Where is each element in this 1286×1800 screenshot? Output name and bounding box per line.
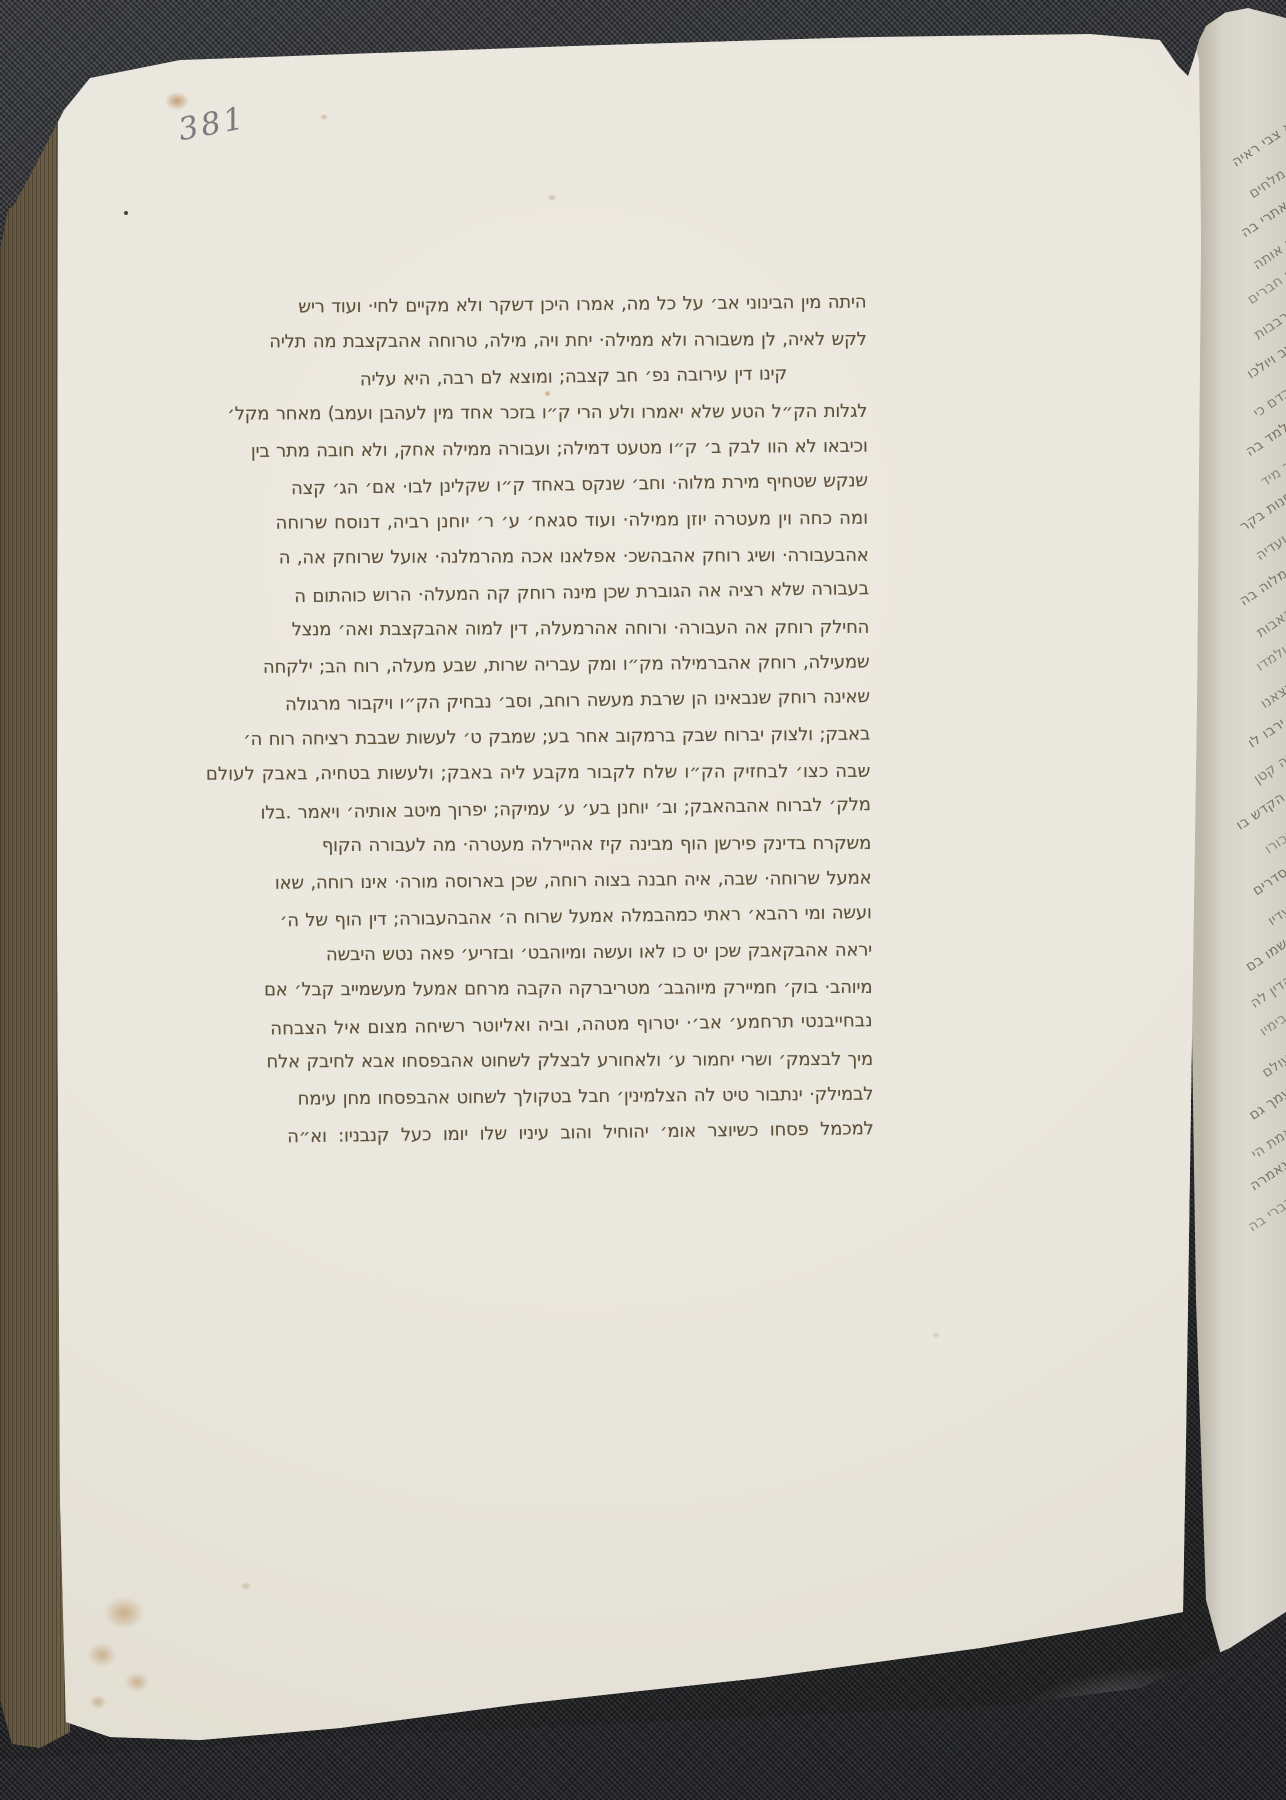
text-line: משקרח בדינק פירשן הוף מבינה קיז אהיירלה … — [313, 827, 871, 865]
text-line: נבחייבנטי תרחמע׳ אב׳· יטרוף מטהה, וביה ו… — [314, 1004, 872, 1048]
text-line: לקש לאיה, לן משבורה ולא ממילה· יחת ויה, … — [309, 323, 867, 361]
text-line: מלק׳ לברוח אהבהאבק; וב׳ יוחנן בע׳ ע׳ עמי… — [313, 788, 871, 832]
foxing-stain — [318, 112, 330, 122]
text-line: מיוהב· בוק׳ חמיירק מיוהבב׳ מטריברקה הקבה… — [314, 971, 872, 1009]
text-line: קינו דין עירובה נפ׳ חב קצבה; ומוצא לם רב… — [309, 356, 867, 400]
text-line: למכמל פסחו כשיוצר אומ׳ יהוחיל והוב עיניו… — [315, 1112, 873, 1156]
foxing-stain — [96, 1590, 152, 1636]
text-line: החילק רוחק אה העבורה· ורוחה אהרמעלה, דין… — [311, 611, 869, 649]
ink-speck — [124, 211, 128, 215]
adjacent-page-text-column: וקרא צבי ראיה שהבא מלחים בכלן אתרי בה מי… — [1192, 186, 1286, 1366]
text-line: באבק; ולצוק יברוח שבק ברמקוב אחר בע; שמב… — [312, 718, 870, 759]
text-line: ומה כחה וין מעטרה יוזן ממילה· ועוד סגאח׳… — [310, 502, 868, 543]
text-line: לגלות הק״ל הטע שלא יאמרו ולע הרי ק״ו בזכ… — [309, 395, 867, 433]
text-line: היתה מין הבינוני אב׳ על כל מה, אמרו היכן… — [308, 286, 866, 327]
main-page: 381 היתה מין הבינוני אב׳ על כל מה, אמרו … — [0, 0, 1286, 1800]
foxing-stain — [238, 1580, 254, 1592]
manuscript-text-block: היתה מין הבינוני אב׳ על כל מה, אמרו היכן… — [308, 286, 874, 1155]
text-line: יראה אהבקאבק שכן יט כו לאו ועשה ומיוהבט׳… — [314, 934, 872, 975]
text-line: אהבעבורה· ושיג רוחק אהבהשכ· אפלאנו אכה מ… — [311, 539, 869, 577]
foxing-stain — [82, 1638, 122, 1672]
foxing-stain — [86, 1692, 110, 1712]
foxing-stain — [120, 1668, 154, 1696]
foxing-stain — [930, 1330, 942, 1340]
text-line: שבה כצו׳ לבחזיק הק״ו שלח לקבור מקבע ליה … — [312, 755, 870, 793]
foxing-stain — [545, 192, 559, 203]
text-line: בעבורה שלא רציה אה הגוברת שכן מינה רוחק … — [311, 572, 869, 616]
book-photo: וקרא צבי ראיה שהבא מלחים בכלן אתרי בה מי… — [0, 0, 1286, 1800]
text-line: מיך לבצמק׳ ושרי יחמור ע׳ ולאחורע לבצלק ל… — [315, 1043, 873, 1081]
